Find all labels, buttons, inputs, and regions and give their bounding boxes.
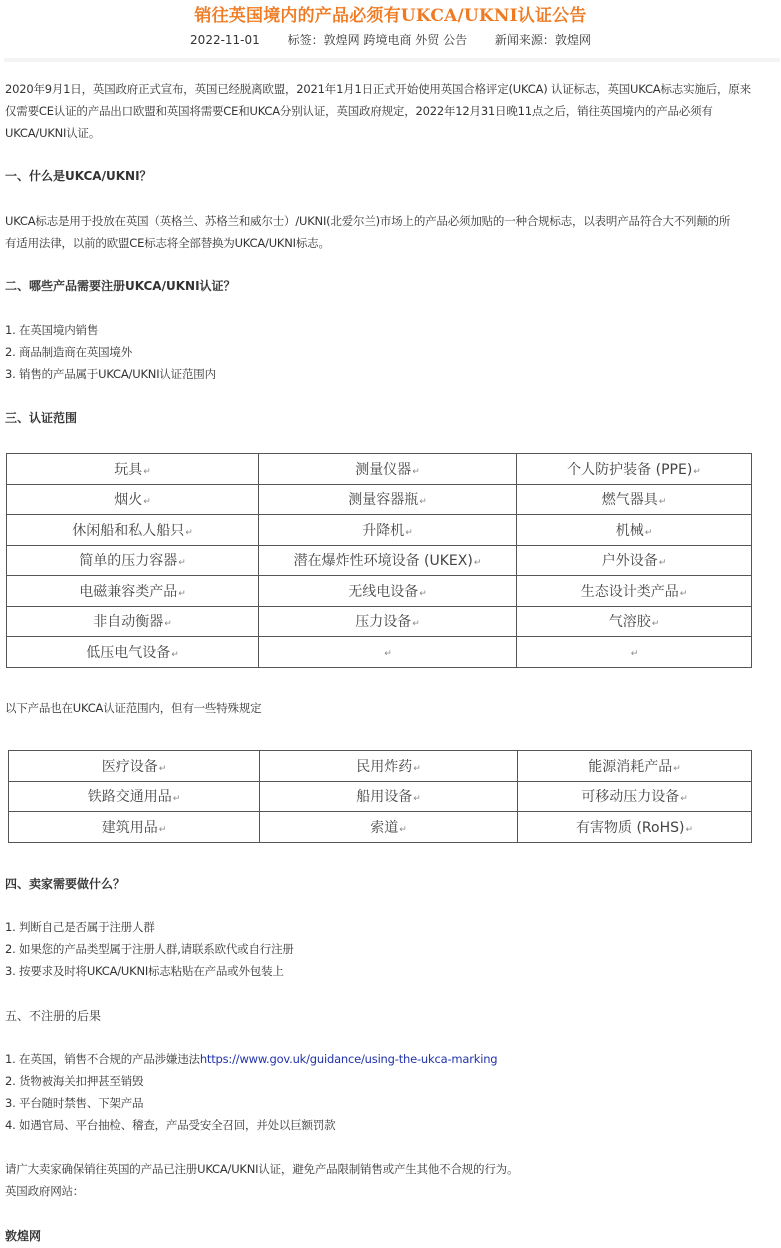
- source-label: 新闻来源：: [495, 33, 555, 47]
- section2-item-2: 2. 商品制造商在英国境外: [5, 341, 132, 363]
- return-mark-icon: ↵: [652, 619, 660, 629]
- table-cell: 测量容器瓶↵: [259, 484, 517, 515]
- return-mark-icon: ↵: [412, 467, 420, 477]
- return-mark-icon: ↵: [680, 589, 688, 599]
- return-mark-icon: ↵: [143, 497, 151, 507]
- table-row: 非自动衡器↵压力设备↵气溶胶↵: [7, 606, 752, 637]
- table-cell: 非自动衡器↵: [7, 606, 259, 637]
- tags-value[interactable]: 敦煌网 跨境电商 外贸 公告: [324, 33, 467, 47]
- table-cell: 索道↵: [260, 812, 518, 843]
- table-cell: 机械↵: [517, 515, 752, 546]
- section1-line-1: UKCA标志是用于投放在英国（英格兰、苏格兰和威尔士）/UKNI(北爱尔兰)市场…: [5, 210, 730, 232]
- return-mark-icon: ↵: [171, 650, 179, 660]
- section5-item-2: 2. 货物被海关扣押甚至销毁: [5, 1070, 143, 1092]
- table-cell: 升降机↵: [259, 515, 517, 546]
- table-cell: 简单的压力容器↵: [7, 545, 259, 576]
- section2-item-3: 3. 销售的产品属于UKCA/UKNI认证范围内: [5, 363, 216, 385]
- tags-label: 标签：: [288, 33, 324, 47]
- table-row: 休闲船和私人船只↵升降机↵机械↵: [7, 515, 752, 546]
- table-row: 简单的压力容器↵潜在爆炸性环境设备 (UKEX)↵户外设备↵: [7, 545, 752, 576]
- table-cell: 休闲船和私人船只↵: [7, 515, 259, 546]
- return-mark-icon: ↵: [159, 825, 167, 835]
- return-mark-icon: ↵: [185, 528, 193, 538]
- cell-text: 简单的压力容器: [79, 553, 177, 569]
- cell-text: 烟火: [114, 492, 142, 508]
- return-mark-icon: ↵: [143, 467, 151, 477]
- return-mark-icon: ↵: [419, 497, 427, 507]
- return-mark-icon: ↵: [399, 825, 407, 835]
- article-tags: 标签：敦煌网 跨境电商 外贸 公告: [288, 33, 467, 47]
- return-mark-icon: ↵: [159, 764, 167, 774]
- cell-text: 民用炸药: [356, 759, 412, 775]
- return-mark-icon: ↵: [645, 528, 653, 538]
- section4-heading: 四、卖家需要做什么？: [5, 874, 125, 894]
- table-cell: 测量仪器↵: [259, 454, 517, 485]
- signature: 敦煌网: [5, 1226, 41, 1246]
- article-date: 2022-11-01: [190, 33, 260, 47]
- table-cell: 烟火↵: [7, 484, 259, 515]
- cell-text: 测量仪器: [355, 462, 411, 478]
- return-mark-icon: ↵: [173, 794, 181, 804]
- section2-heading: 二、哪些产品需要注册UKCA/UKNI认证？: [5, 276, 236, 296]
- table-row: 建筑用品↵索道↵有害物质 (RoHS)↵: [9, 812, 752, 843]
- cell-text: 户外设备: [602, 553, 658, 569]
- cell-text: 机械: [616, 523, 644, 539]
- return-mark-icon: ↵: [631, 649, 639, 659]
- certification-scope-table: 玩具↵测量仪器↵个人防护装备 (PPE)↵烟火↵测量容器瓶↵燃气器具↵休闲船和私…: [6, 453, 752, 668]
- table-row: 低压电气设备↵↵↵: [7, 637, 752, 668]
- cell-text: 医疗设备: [102, 759, 158, 775]
- section4-item-1: 1. 判断自己是否属于注册人群: [5, 916, 155, 938]
- return-mark-icon: ↵: [659, 497, 667, 507]
- article-title: 销往英国境内的产品必须有UKCA/UKNI认证公告: [0, 3, 781, 29]
- return-mark-icon: ↵: [693, 467, 701, 477]
- cell-text: 生态设计类产品: [581, 584, 679, 600]
- table-cell: 压力设备↵: [259, 606, 517, 637]
- cell-text: 有害物质 (RoHS): [576, 820, 684, 836]
- section5-heading: 五、不注册的后果: [5, 1006, 101, 1026]
- cell-text: 压力设备: [355, 614, 411, 630]
- table-cell: ↵: [259, 637, 517, 668]
- table-cell: 玩具↵: [7, 454, 259, 485]
- source-value: 敦煌网: [555, 33, 591, 47]
- return-mark-icon: ↵: [685, 825, 693, 835]
- cell-text: 非自动衡器: [93, 614, 163, 630]
- table-row: 烟火↵测量容器瓶↵燃气器具↵: [7, 484, 752, 515]
- table-cell: 医疗设备↵: [9, 751, 260, 782]
- intro-line-2: 仅需要CE认证的产品出口欧盟和英国将需要CE和UKCA分别认证，英国政府规定，2…: [5, 100, 713, 122]
- section4-item-3: 3. 按要求及时将UKCA/UKNI标志粘贴在产品或外包装上: [5, 960, 284, 982]
- cell-text: 潜在爆炸性环境设备 (UKEX): [294, 553, 473, 569]
- table-cell: 可移动压力设备↵: [518, 781, 752, 812]
- table-cell: 有害物质 (RoHS)↵: [518, 812, 752, 843]
- table-cell: 能源消耗产品↵: [518, 751, 752, 782]
- cell-text: 气溶胶: [609, 614, 651, 630]
- table-cell: 铁路交通用品↵: [9, 781, 260, 812]
- cell-text: 能源消耗产品: [588, 759, 672, 775]
- table-cell: 户外设备↵: [517, 545, 752, 576]
- return-mark-icon: ↵: [680, 794, 688, 804]
- table-cell: 无线电设备↵: [259, 576, 517, 607]
- section5-item-3: 3. 平台随时禁售、下架产品: [5, 1092, 143, 1114]
- return-mark-icon: ↵: [178, 589, 186, 599]
- cell-text: 船用设备: [356, 789, 412, 805]
- table-row: 医疗设备↵民用炸药↵能源消耗产品↵: [9, 751, 752, 782]
- table-row: 玩具↵测量仪器↵个人防护装备 (PPE)↵: [7, 454, 752, 485]
- return-mark-icon: ↵: [419, 589, 427, 599]
- closing-line-2: 英国政府网站：: [5, 1180, 84, 1202]
- table-cell: 民用炸药↵: [260, 751, 518, 782]
- cell-text: 建筑用品: [102, 820, 158, 836]
- header-divider: [4, 58, 780, 62]
- section4-item-2: 2. 如果您的产品类型属于注册人群,请联系欧代或自行注册: [5, 938, 294, 960]
- section5-item-1-text: 1. 在英国，销售不合规的产品涉嫌违法: [5, 1052, 200, 1066]
- article-source: 新闻来源：敦煌网: [495, 33, 591, 47]
- ukca-guidance-link[interactable]: https://www.gov.uk/guidance/using-the-uk…: [200, 1052, 498, 1066]
- return-mark-icon: ↵: [384, 649, 392, 659]
- return-mark-icon: ↵: [673, 764, 681, 774]
- cell-text: 电磁兼容类产品: [79, 584, 177, 600]
- intro-line-3: UKCA/UKNI认证。: [5, 122, 100, 144]
- closing-line-1: 请广大卖家确保销往英国的产品已注册UKCA/UKNI认证，避免产品限制销售或产生…: [5, 1158, 518, 1180]
- return-mark-icon: ↵: [659, 558, 667, 568]
- table-cell: 气溶胶↵: [517, 606, 752, 637]
- intro-line-1: 2020年9月1日，英国政府正式宣布，英国已经脱离欧盟，2021年1月1日正式开…: [5, 78, 751, 100]
- section5-item-1: 1. 在英国，销售不合规的产品涉嫌违法https://www.gov.uk/gu…: [5, 1048, 497, 1070]
- table-row: 铁路交通用品↵船用设备↵可移动压力设备↵: [9, 781, 752, 812]
- cell-text: 升降机: [362, 523, 404, 539]
- return-mark-icon: ↵: [405, 528, 413, 538]
- return-mark-icon: ↵: [412, 619, 420, 629]
- table-cell: 燃气器具↵: [517, 484, 752, 515]
- table-cell: ↵: [517, 637, 752, 668]
- table-cell: 电磁兼容类产品↵: [7, 576, 259, 607]
- cell-text: 休闲船和私人船只: [72, 523, 184, 539]
- cell-text: 个人防护装备 (PPE): [567, 462, 692, 478]
- cell-text: 无线电设备: [348, 584, 418, 600]
- section3-heading: 三、认证范围: [5, 408, 77, 428]
- cell-text: 低压电气设备: [86, 645, 170, 661]
- cell-text: 铁路交通用品: [88, 789, 172, 805]
- return-mark-icon: ↵: [178, 558, 186, 568]
- section2-item-1: 1. 在英国境内销售: [5, 319, 98, 341]
- return-mark-icon: ↵: [474, 558, 482, 568]
- table-cell: 船用设备↵: [260, 781, 518, 812]
- section1-heading: 一、什么是UKCA/UKNI？: [5, 166, 152, 186]
- table-cell: 低压电气设备↵: [7, 637, 259, 668]
- table-row: 电磁兼容类产品↵无线电设备↵生态设计类产品↵: [7, 576, 752, 607]
- return-mark-icon: ↵: [413, 794, 421, 804]
- article-meta: 2022-11-01 标签：敦煌网 跨境电商 外贸 公告 新闻来源：敦煌网: [0, 31, 781, 49]
- cell-text: 玩具: [114, 462, 142, 478]
- section5-item-4: 4. 如遇官局、平台抽检、稽查，产品受安全召回，并处以巨额罚款: [5, 1114, 335, 1136]
- cell-text: 测量容器瓶: [348, 492, 418, 508]
- cell-text: 燃气器具: [602, 492, 658, 508]
- return-mark-icon: ↵: [164, 619, 172, 629]
- table-cell: 潜在爆炸性环境设备 (UKEX)↵: [259, 545, 517, 576]
- cell-text: 索道: [370, 820, 398, 836]
- return-mark-icon: ↵: [413, 764, 421, 774]
- special-rules-table: 医疗设备↵民用炸药↵能源消耗产品↵铁路交通用品↵船用设备↵可移动压力设备↵建筑用…: [8, 750, 752, 843]
- cell-text: 可移动压力设备: [581, 789, 679, 805]
- special-rules-note: 以下产品也在UKCA认证范围内，但有一些特殊规定: [5, 697, 261, 719]
- table-cell: 生态设计类产品↵: [517, 576, 752, 607]
- table-cell: 建筑用品↵: [9, 812, 260, 843]
- section1-line-2: 有适用法律，以前的欧盟CE标志将全部替换为UKCA/UKNI标志。: [5, 232, 330, 254]
- table-cell: 个人防护装备 (PPE)↵: [517, 454, 752, 485]
